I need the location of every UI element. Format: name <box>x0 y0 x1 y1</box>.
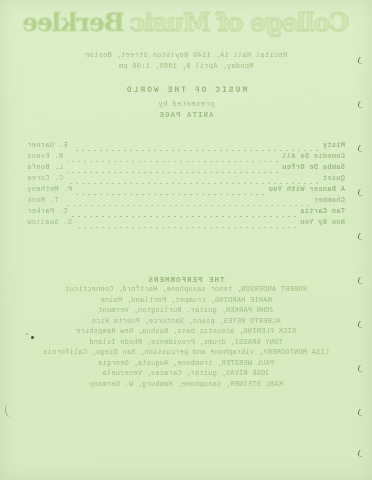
performer-line: LISA MONTGOMERY, vibraphone and percussi… <box>0 348 372 359</box>
dotted-leader <box>72 150 319 151</box>
program-composer: C. Corea <box>27 175 63 183</box>
logo-word-berklee: Berklee <box>23 8 125 37</box>
program-row: Chamber T. Monk <box>27 197 345 208</box>
recital-title: MUSIC OF THE WORLD <box>0 86 372 95</box>
program-composer: C. Parker <box>27 208 68 216</box>
program-piece-title: Now By You <box>300 219 345 227</box>
performer-line: JOSE RIVAS, guitar, Caracas, Venezuela <box>0 369 372 380</box>
dotted-leader <box>63 205 310 206</box>
program-composer: B. Evans <box>27 153 63 161</box>
performer-line: PAUL WEBSTER, trombone, Augusta, Georgia <box>0 359 372 370</box>
recital-title-block: MUSIC OF THE WORLD presented by ANITA PA… <box>0 86 372 120</box>
program-row: Samba De Orfeu L. Bonfa <box>27 164 345 175</box>
performer-line: KARL STEINER, saxophone, Hamburg, W. Ger… <box>0 380 372 391</box>
program-list: Misty E. Garner Comedie Da All B. Evans … <box>27 142 345 230</box>
performer-line: JOHN PARKER, guitar, Burlington, Vermont <box>0 306 372 317</box>
dotted-leader <box>76 194 264 195</box>
program-composer: P. Metheny <box>27 186 72 194</box>
program-row: Tan Cartia C. Parker <box>27 208 345 219</box>
performer-line: ROBERT ANDERSON, tenor saxophone, Hartfo… <box>0 285 372 296</box>
dotted-leader <box>76 227 296 228</box>
venue-line: Recital Hall 1A, 1140 Boylston Street, B… <box>0 51 372 62</box>
scanned-program-page: College of MusicBerklee Recital Hall 1A,… <box>0 0 372 480</box>
presented-by-label: presented by <box>0 101 372 109</box>
program-row: Comedie Da All B. Evans <box>27 153 345 164</box>
program-composer: T. Monk <box>27 197 59 205</box>
program-composer: L. Bonfa <box>27 164 63 172</box>
presenter-name: ANITA PAGE <box>0 112 372 120</box>
performers-heading: THE PERFORMERS <box>0 277 372 285</box>
performer-line: ALBERTO REYES, piano, Santurce, Puerto R… <box>0 317 372 328</box>
program-composer: S. Swallow <box>27 219 72 227</box>
date-line: Monday, April 8, 1985, 1:00 pm <box>0 62 372 73</box>
performer-line: TONY GRASSI, drums, Providence, Rhode Is… <box>0 338 372 349</box>
performer-line: MARIE HARDING, trumpet, Portland, Maine <box>0 296 372 307</box>
dotted-leader <box>67 172 278 173</box>
dotted-leader <box>67 161 278 162</box>
program-piece-title: Quiet <box>322 175 345 183</box>
program-piece-title: Misty <box>322 142 345 150</box>
program-row: A Dancer With You P. Metheny <box>27 186 345 197</box>
program-piece-title: Samba De Orfeu <box>282 164 345 172</box>
program-composer: E. Garner <box>27 142 68 150</box>
program-piece-title: Tan Cartia <box>300 208 345 216</box>
dotted-leader <box>72 216 296 217</box>
program-row: Now By You S. Swallow <box>27 219 345 230</box>
performer-line: RICK FLEMING, acoustic bass, Nashua, New… <box>0 327 372 338</box>
logo-word-college-of-music: College of Music <box>131 8 349 37</box>
mirrored-show-through-content: College of MusicBerklee Recital Hall 1A,… <box>0 0 372 480</box>
program-piece-title: Comedie Da All <box>282 153 345 161</box>
event-info: Recital Hall 1A, 1140 Boylston Street, B… <box>0 51 372 73</box>
program-piece-title: A Dancer With You <box>268 186 345 194</box>
berklee-logo: College of MusicBerklee <box>0 8 372 37</box>
ink-speck <box>31 336 34 339</box>
dotted-leader <box>67 183 318 184</box>
program-row: Quiet C. Corea <box>27 175 345 186</box>
program-piece-title: Chamber <box>313 197 345 205</box>
performers-section: THE PERFORMERS ROBERT ANDERSON, tenor sa… <box>0 277 372 390</box>
program-row: Misty E. Garner <box>27 142 345 153</box>
